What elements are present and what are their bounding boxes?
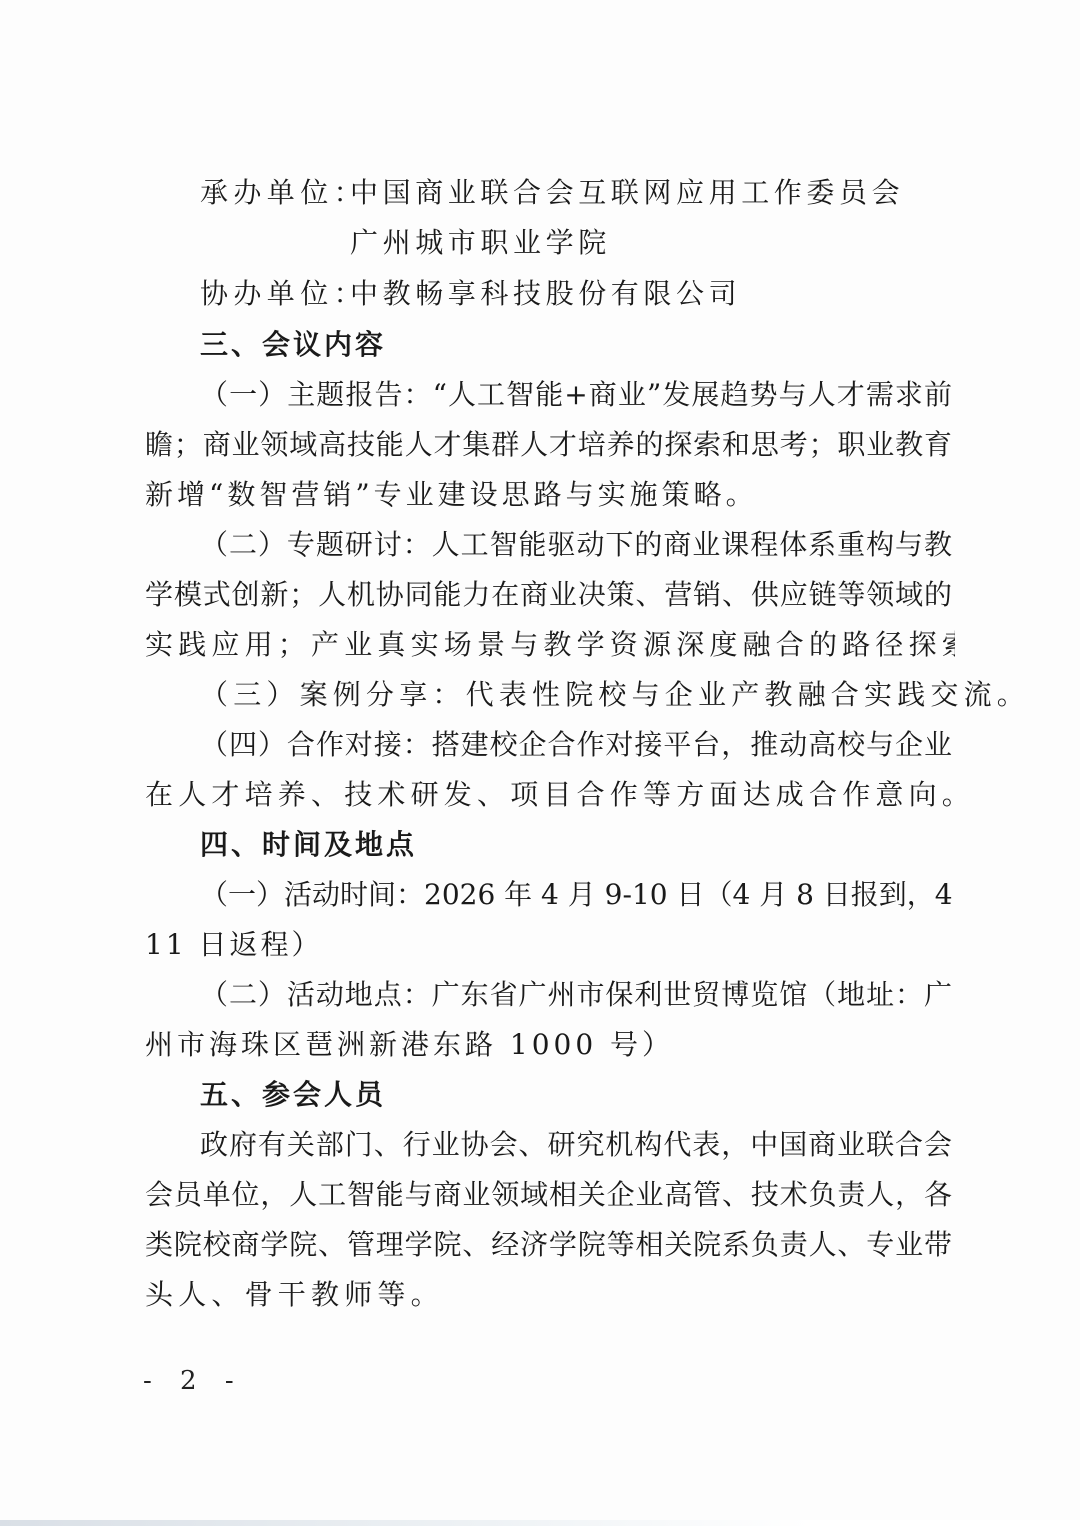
paragraph-line: 11 日返程） bbox=[145, 928, 955, 962]
page-number: - 2 - bbox=[143, 1366, 244, 1396]
paragraph-line: 政府有关部门、行业协会、研究机构代表，中国商业联合会 bbox=[200, 1128, 952, 1162]
organizer-unit-1: 中国商业联合会互联网应用工作委员会 bbox=[350, 176, 1080, 210]
paragraph-line: （二）活动地点：广东省广州市保利世贸博览馆（地址：广 bbox=[200, 978, 952, 1012]
paragraph-line: 类院校商学院、管理学院、经济学院等相关院系负责人、专业带 bbox=[145, 1228, 952, 1262]
paragraph-line: 头人、骨干教师等。 bbox=[145, 1278, 955, 1312]
section-heading-meeting-content: 三、会议内容 bbox=[200, 328, 1010, 362]
paragraph-line: 会员单位，人工智能与商业领域相关企业高管、技术负责人，各 bbox=[145, 1178, 952, 1212]
paragraph-line: 州市海珠区琶洲新港东路 1000 号） bbox=[145, 1028, 955, 1062]
paragraph-line: （四）合作对接：搭建校企合作对接平台，推动高校与企业 bbox=[200, 728, 952, 762]
section-heading-attendees: 五、参会人员 bbox=[200, 1078, 1010, 1112]
paragraph-line: 学模式创新；人机协同能力在商业决策、营销、供应链等领域的 bbox=[145, 578, 952, 612]
paragraph-line: 在人才培养、技术研发、项目合作等方面达成合作意向。 bbox=[145, 778, 955, 812]
paragraph-line: （一）活动时间：2026 年 4 月 9-10 日（4 月 8 日报到，4 月 bbox=[200, 878, 952, 912]
paragraph-line: （一）主题报告：“人工智能+商业”发展趋势与人才需求前 bbox=[200, 378, 952, 412]
paragraph-line: （三）案例分享：代表性院校与企业产教融合实践交流。 bbox=[200, 678, 1010, 712]
paragraph-line: 瞻；商业领域高技能人才集群人才培养的探索和思考；职业教育 bbox=[145, 428, 952, 462]
paragraph-line: （二）专题研讨：人工智能驱动下的商业课程体系重构与教 bbox=[200, 528, 952, 562]
paragraph-line: 实践应用；产业真实场景与教学资源深度融合的路径探索。 bbox=[145, 628, 955, 662]
section-heading-time-location: 四、时间及地点 bbox=[200, 828, 1010, 862]
document-page: 承办单位： 中国商业联合会互联网应用工作委员会 广州城市职业学院 协办单位： 中… bbox=[0, 0, 1080, 1526]
scan-bottom-edge bbox=[0, 1520, 1080, 1526]
organizer-label-text: 承办单位： bbox=[200, 176, 367, 209]
paragraph-line: 新增“数智营销”专业建设思路与实施策略。 bbox=[145, 478, 955, 512]
co-organizer-unit-1: 中教畅享科技股份有限公司 bbox=[350, 277, 1080, 311]
organizer-unit-2: 广州城市职业学院 bbox=[350, 226, 1080, 260]
